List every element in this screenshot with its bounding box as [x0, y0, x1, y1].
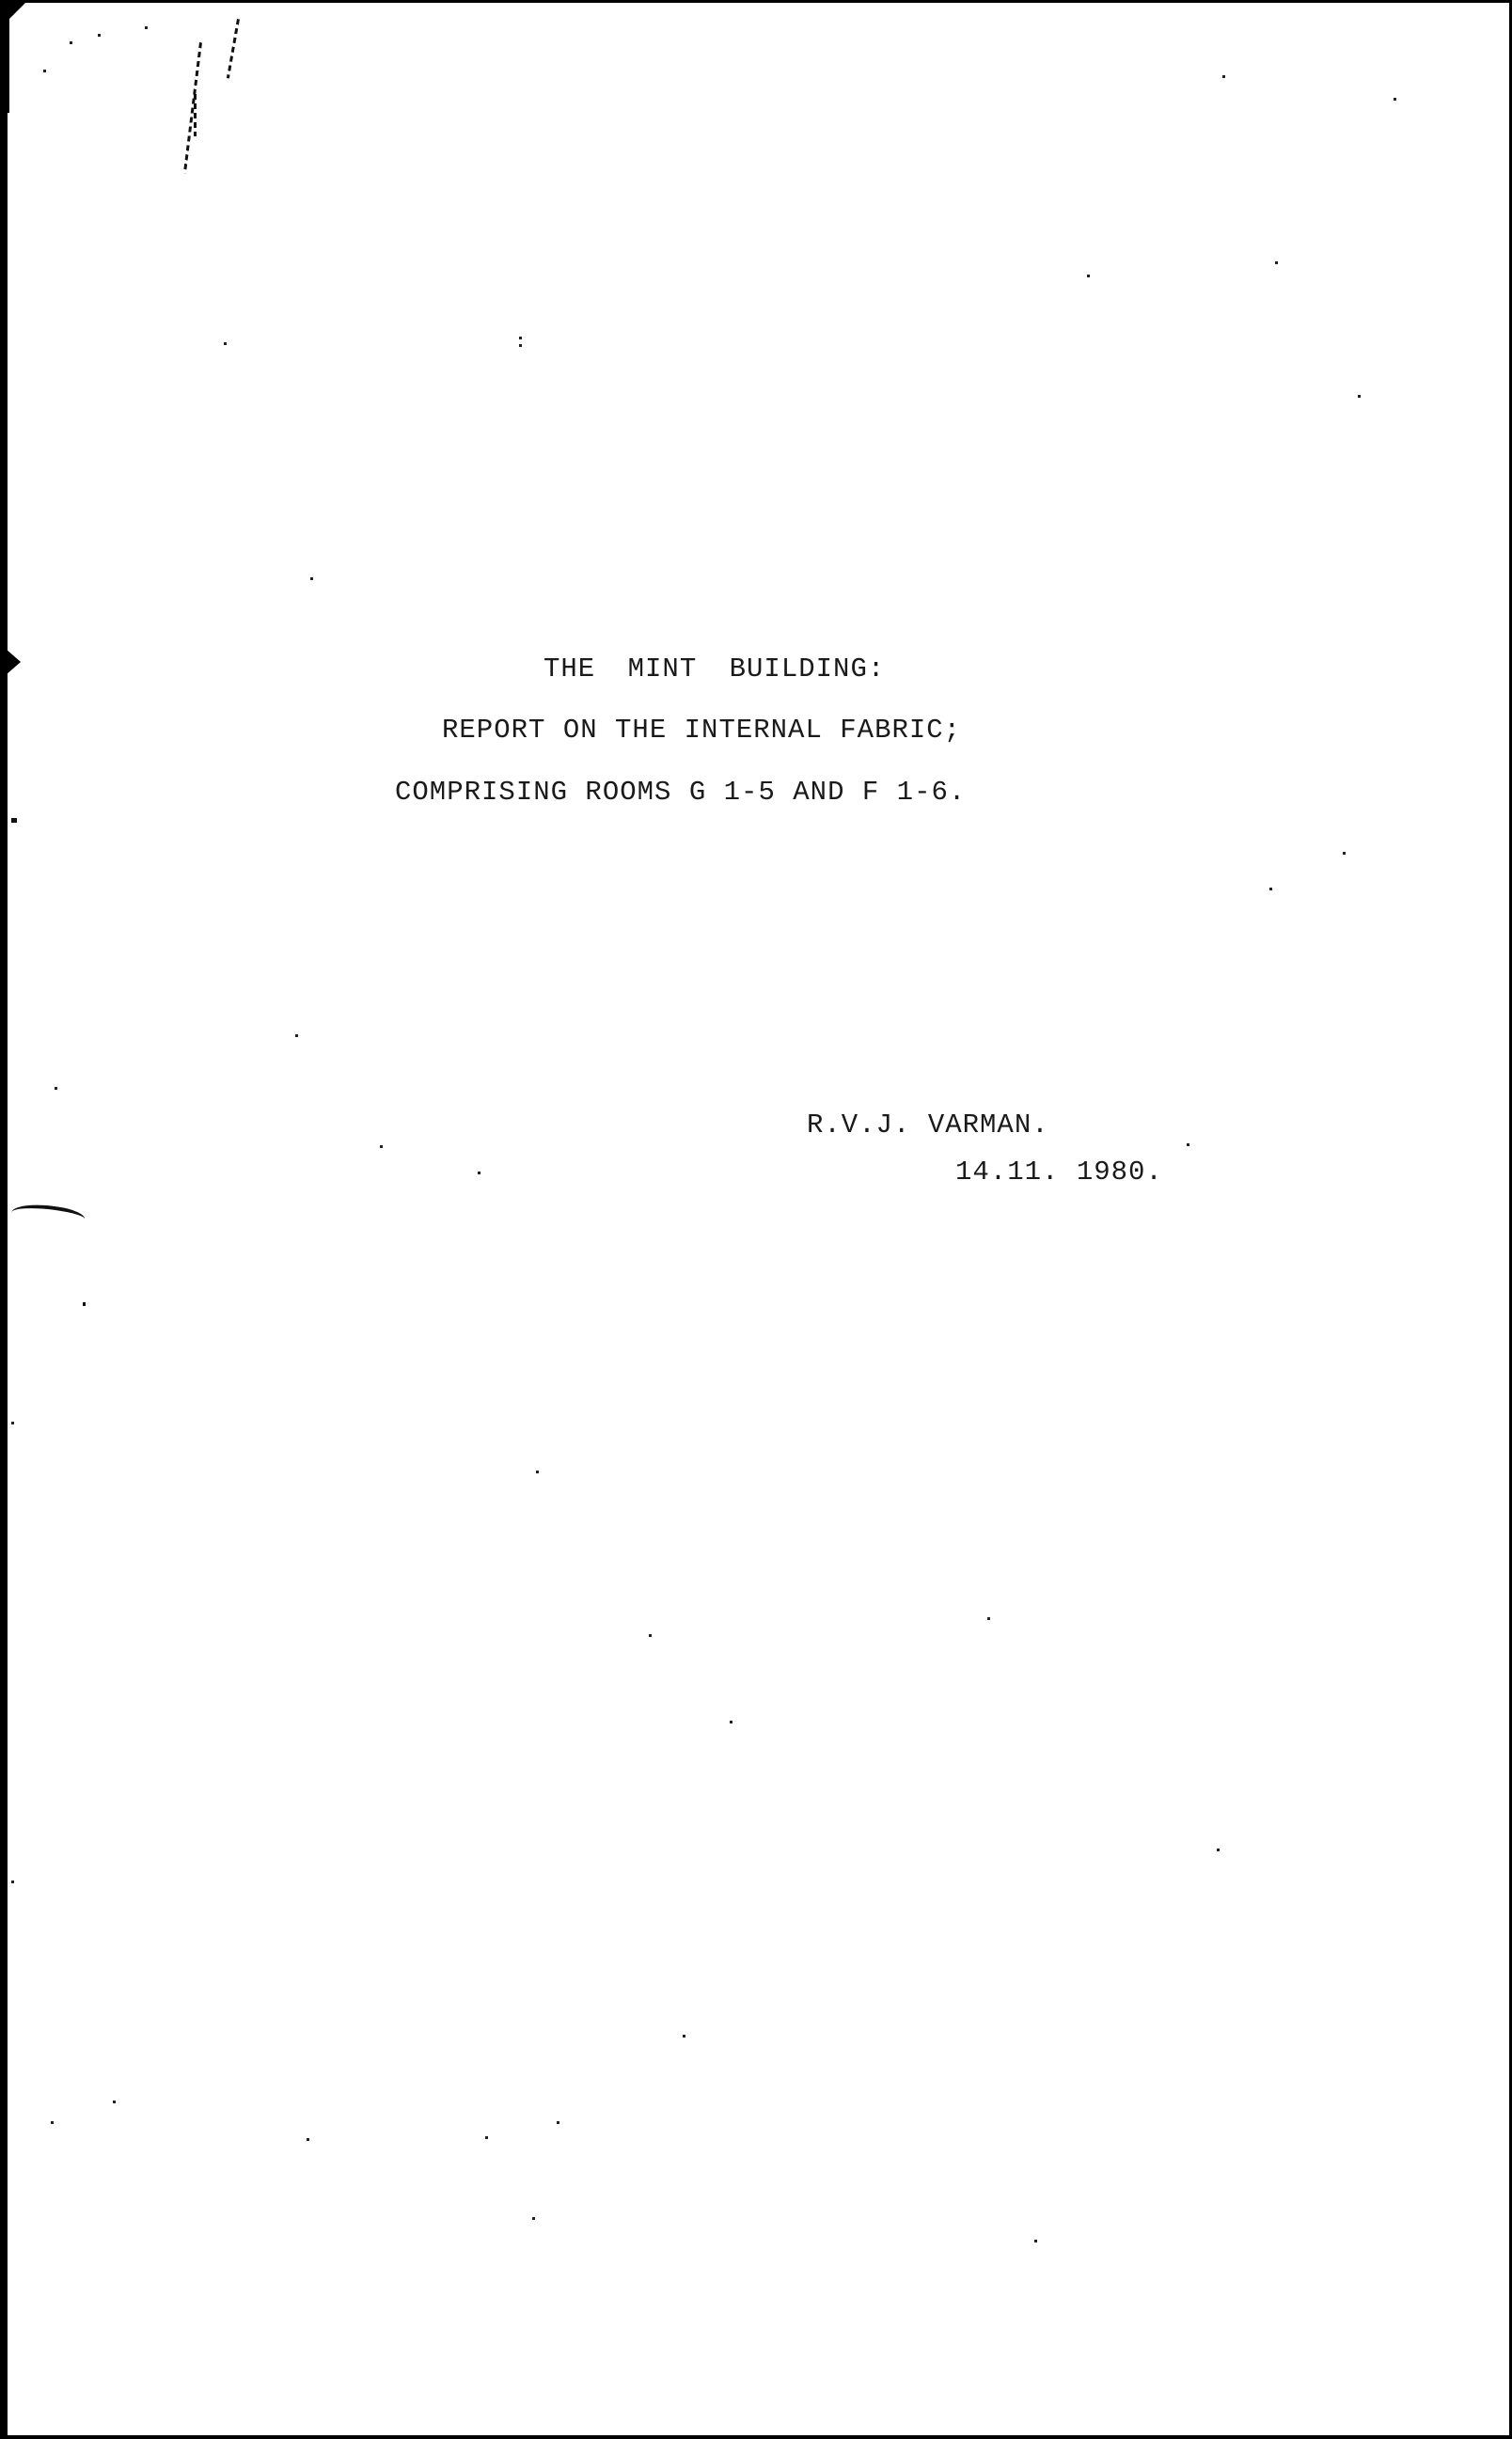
scan-speck [11, 1422, 14, 1424]
scan-speck [730, 1721, 732, 1723]
scan-speck [1217, 1849, 1220, 1851]
scan-speck [1275, 261, 1278, 264]
scan-speck [1394, 98, 1396, 101]
scan-edge-left [0, 0, 8, 2439]
scan-speck [380, 1145, 383, 1148]
scan-streak [194, 94, 197, 136]
scan-speck [485, 2136, 488, 2139]
scan-speck [1034, 2240, 1037, 2242]
report-title: THE MINT BUILDING: [543, 653, 885, 684]
scan-speck [1087, 275, 1090, 277]
scan-speck [55, 1087, 57, 1090]
scan-speck [649, 1634, 652, 1637]
scan-speck [145, 26, 148, 29]
scan-speck [43, 70, 46, 72]
scan-edge-top [0, 0, 1512, 3]
scan-speck [11, 1880, 14, 1883]
scan-speck [1358, 395, 1361, 398]
scan-speck [1187, 1143, 1189, 1146]
scan-speck [70, 41, 72, 44]
scan-speck [1269, 888, 1272, 890]
scan-speck [478, 1172, 480, 1174]
scan-speck [51, 2121, 54, 2124]
scan-mark [83, 1302, 86, 1306]
scan-speck [295, 1034, 298, 1037]
report-subtitle: REPORT ON THE INTERNAL FABRIC; [442, 715, 961, 746]
scan-speck [113, 2101, 116, 2103]
scan-speck [519, 337, 522, 339]
scan-speck [307, 2138, 309, 2141]
scan-speck [1222, 75, 1225, 78]
scan-edge-bottom [0, 2435, 1512, 2439]
scan-speck [310, 577, 313, 580]
report-date: 14.11. 1980. [955, 1157, 1163, 1188]
scan-edge-notch [6, 649, 21, 675]
scan-speck [519, 344, 522, 347]
scan-speck [683, 2035, 685, 2038]
scanned-page: THE MINT BUILDING: REPORT ON THE INTERNA… [0, 0, 1512, 2439]
scan-speck [1343, 852, 1346, 855]
scan-speck [987, 1617, 990, 1620]
scan-streak [227, 19, 240, 79]
author-name: R.V.J. VARMAN. [807, 1109, 1049, 1141]
scan-streak [183, 42, 202, 173]
scan-edge-left-top [0, 0, 9, 113]
scan-mark [11, 818, 17, 823]
scan-speck [536, 1471, 539, 1473]
scan-speck [98, 34, 101, 37]
scan-speck [532, 2217, 535, 2220]
scan-speck [557, 2121, 559, 2124]
scan-curve-mark [10, 1201, 86, 1232]
scan-speck [224, 342, 227, 345]
report-scope: COMPRISING ROOMS G 1-5 AND F 1-6. [395, 777, 966, 808]
